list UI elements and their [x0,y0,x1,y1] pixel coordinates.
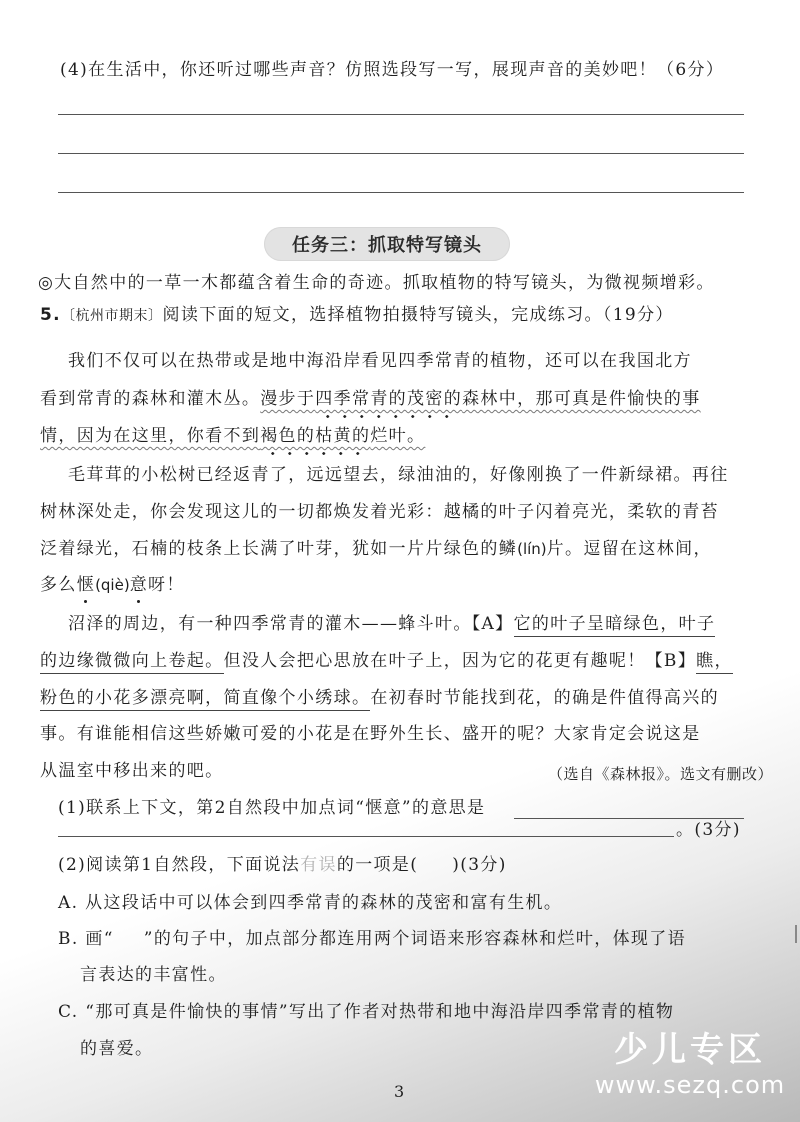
text-span: 但没人会把心思放在叶子上，因为它的花更有趣呢！ [224,651,646,671]
option-text: 画“ [85,929,113,949]
dotted-char: 惬 [77,575,95,595]
text-span: 在初春时节能找到花，的确是件值得高兴的 [370,688,719,708]
underlined-sentence-a: 的边缘微微向上卷起。 [40,651,224,674]
dotted-emphasis: 褐色的枯黄的 [260,426,370,446]
text-span: (2)阅读第1自然段，下面说法 [58,855,300,875]
underlined-sentence-b: 瞧， [696,651,733,674]
answer-line-q1b[interactable] [58,836,674,837]
passage-p2-line2: 树林深处走，你会发现这儿的一切都焕发着光彩：越橘的叶子闪着亮光，柔软的青苔 [40,500,719,524]
q4-prompt: (4)在生活中，你还听过哪些声音？仿照选段写一写，展现声音的美妙吧！（6分） [60,58,724,82]
text-span: )(3分) [452,855,506,875]
text-span: 烂叶。 [370,426,425,446]
underlined-sentence-a: 它的叶子呈暗绿色，叶子 [514,614,716,637]
passage-p3-line2: 的边缘微微向上卷起。但没人会把心思放在叶子上，因为它的花更有趣呢！【B】瞧， [40,649,733,673]
text-span: 沼泽的周边，有一种四季常青的灌木——蜂斗叶。 [68,614,472,634]
q4-number: (4) [60,60,88,80]
option-label: A. [58,893,78,913]
task-banner: 任务三：抓取特写镜头 [264,227,510,261]
question-5-header: 5.〔杭州市期末〕阅读下面的短文，选择植物拍摄特写镜头，完成练习。（19分） [40,303,674,328]
underlined-sentence-b: 粉色的小花多漂亮啊，简直像个小绣球。 [40,688,370,711]
passage-p1-line2: 看到常青的森林和灌木丛。漫步于四季常青的茂密的森林中，那可真是件愉快的事 [40,387,701,411]
text-span: 的一项是( [337,855,418,875]
marker-a: 【A】 [472,614,514,634]
q4-text: 在生活中，你还听过哪些声音？仿照选段写一写，展现声音的美妙吧！（6分） [88,60,724,80]
faint-text: 有误 [300,855,337,875]
dotted-char: 意 [130,575,148,595]
task-intro: ◎大自然中的一草一木都蕴含着生命的奇迹。抓取植物的特写镜头，为微视频增彩。 [38,271,715,295]
answer-line-2[interactable] [58,153,744,154]
option-label: C. [58,1002,79,1022]
dotted-emphasis: 四季常青的茂密的 [315,389,462,409]
pinyin-annotation: (qiè) [95,576,130,594]
text-span: 漫步于 [260,389,315,409]
source-tag: 〔杭州市期末〕 [61,308,163,324]
text-span: 多么 [40,575,77,595]
text-span: 泛着绿光，石楠的枝条上长满了叶芽，犹如一片片绿色的鳞 [40,539,517,559]
question-instruction: 阅读下面的短文，选择植物拍摄特写镜头，完成练习。（19分） [163,305,674,325]
passage-p2-line1: 毛茸茸的小松树已经返青了，远远望去，绿油油的，好像刚换了一件新绿裙。再往 [68,463,729,487]
option-text: 从这段话中可以体会到四季常青的森林的茂密和富有生机。 [85,893,562,913]
text-span: 片。逗留在这林间， [547,539,712,559]
passage-p2-line4: 多么惬(qiè)意呀！ [40,573,185,597]
passage-p3-line1: 沼泽的周边，有一种四季常青的灌木——蜂斗叶。【A】它的叶子呈暗绿色，叶子 [68,612,715,636]
subquestion-1: (1)联系上下文，第2自然段中加点词“惬意”的意思是 [58,796,485,820]
option-c-cont: 的喜爱。 [80,1037,153,1061]
passage-p1-line1: 我们不仅可以在热带或是地中海沿岸看见四季常青的植物，还可以在我国北方 [68,349,692,373]
worksheet-page: (4)在生活中，你还听过哪些声音？仿照选段写一写，展现声音的美妙吧！（6分） 任… [0,0,800,1122]
option-c[interactable]: C. “那可真是件愉快的事情”写出了作者对热带和地中海沿岸四季常青的植物 [58,1000,674,1024]
text-span: 情，因为在这里，你看不到 [40,426,260,446]
marker-b: 【B】 [646,651,697,671]
citation: （选自《森林报》。选文有删改） [548,762,773,786]
question-number: 5. [40,305,61,325]
scan-edge-mark [795,925,797,943]
passage-p2-line3: 泛着绿光，石楠的枝条上长满了叶芽，犹如一片片绿色的鳞(lín)片。逗留在这林间， [40,537,712,561]
option-label: B. [58,929,79,949]
wavy-underlined-sentence: 情，因为在这里，你看不到褐色的枯黄的烂叶。 [40,426,425,446]
text-span: 森林中，那可真是件愉快的事 [462,389,701,409]
pinyin-annotation: (lín) [517,540,547,558]
wavy-underlined-sentence: 漫步于四季常青的茂密的森林中，那可真是件愉快的事 [260,389,700,409]
subquestion-2: (2)阅读第1自然段，下面说法有误的一项是()(3分) [58,853,507,877]
passage-p1-line3: 情，因为在这里，你看不到褐色的枯黄的烂叶。 [40,424,425,448]
text-span: 呀！ [148,575,185,595]
page-number: 3 [394,1082,404,1101]
option-b[interactable]: B. 画“​”的句子中，加点部分都连用两个词语来形容森林和烂叶，体现了语 [58,927,686,951]
answer-line-3[interactable] [58,192,744,193]
option-a[interactable]: A. 从这段话中可以体会到四季常青的森林的茂密和富有生机。 [58,891,562,915]
subquestion-1-score: 。(3分) [676,818,741,842]
wavy-line-symbol: ​ [114,930,144,944]
passage-p3-line3: 粉色的小花多漂亮啊，简直像个小绣球。在初春时节能找到花，的确是件值得高兴的 [40,686,719,710]
passage-p3-line5: 从温室中移出来的吧。 [40,759,224,783]
watermark-title: 少儿专区 [590,1030,790,1070]
watermark-url: www.sezq.com [590,1070,790,1100]
answer-line-1[interactable] [58,114,744,115]
option-b-cont: 言表达的丰富性。 [80,963,227,987]
option-text: ”的句子中，加点部分都连用两个词语来形容森林和烂叶，体现了语 [144,929,686,949]
text-span: 看到常青的森林和灌木丛。 [40,389,260,409]
passage-p3-line4: 事。有谁能相信这些娇嫩可爱的小花是在野外生长、盛开的呢？大家肯定会说这是 [40,722,701,746]
option-text: “那可真是件愉快的事情”写出了作者对热带和地中海沿岸四季常青的植物 [85,1002,674,1022]
watermark: 少儿专区 www.sezq.com [590,1030,790,1100]
